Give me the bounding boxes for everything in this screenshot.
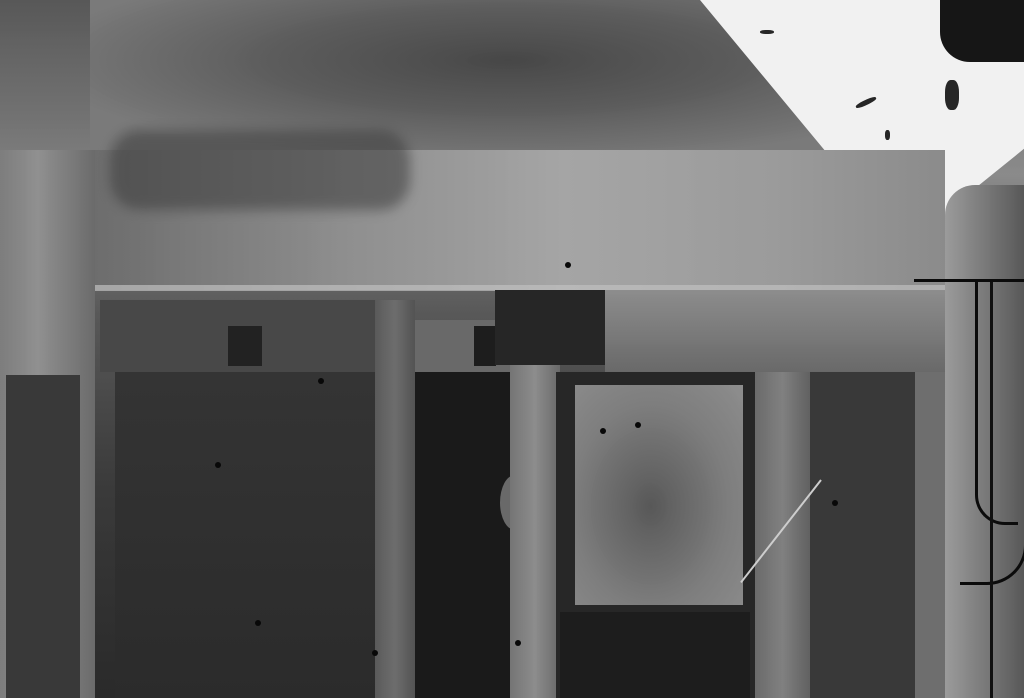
nail-hole bbox=[318, 378, 324, 384]
central-picture-panel bbox=[575, 385, 743, 605]
right-panel-border bbox=[915, 372, 945, 698]
light-vertical-stripe bbox=[755, 372, 810, 698]
light-vertical-stripe bbox=[375, 300, 415, 698]
square-motif bbox=[228, 326, 262, 366]
frieze-stain bbox=[110, 130, 410, 210]
debris-speck bbox=[945, 80, 959, 110]
right-panel-header bbox=[605, 290, 945, 372]
debris-speck bbox=[885, 130, 890, 140]
left-pilaster-panel bbox=[6, 375, 80, 698]
nail-hole bbox=[600, 428, 606, 434]
nail-hole bbox=[565, 262, 571, 268]
nail-hole bbox=[372, 650, 378, 656]
debris-speck bbox=[760, 30, 774, 34]
fresco-wall-photo bbox=[0, 0, 1024, 698]
square-motif bbox=[474, 326, 496, 366]
narrow-dark-panel bbox=[415, 372, 510, 698]
nail-hole bbox=[635, 422, 641, 428]
central-panel-base bbox=[560, 612, 750, 698]
nail-hole bbox=[215, 462, 221, 468]
right-dark-panel bbox=[810, 372, 915, 698]
nail-hole bbox=[255, 620, 261, 626]
left-dark-panel bbox=[115, 372, 375, 698]
ceiling-left-masonry bbox=[0, 0, 100, 150]
nail-hole bbox=[832, 500, 838, 506]
nail-hole bbox=[515, 640, 521, 646]
hanging-cable bbox=[975, 282, 1018, 525]
dark-roof-fragment bbox=[940, 0, 1024, 62]
hanging-cable bbox=[990, 282, 993, 698]
